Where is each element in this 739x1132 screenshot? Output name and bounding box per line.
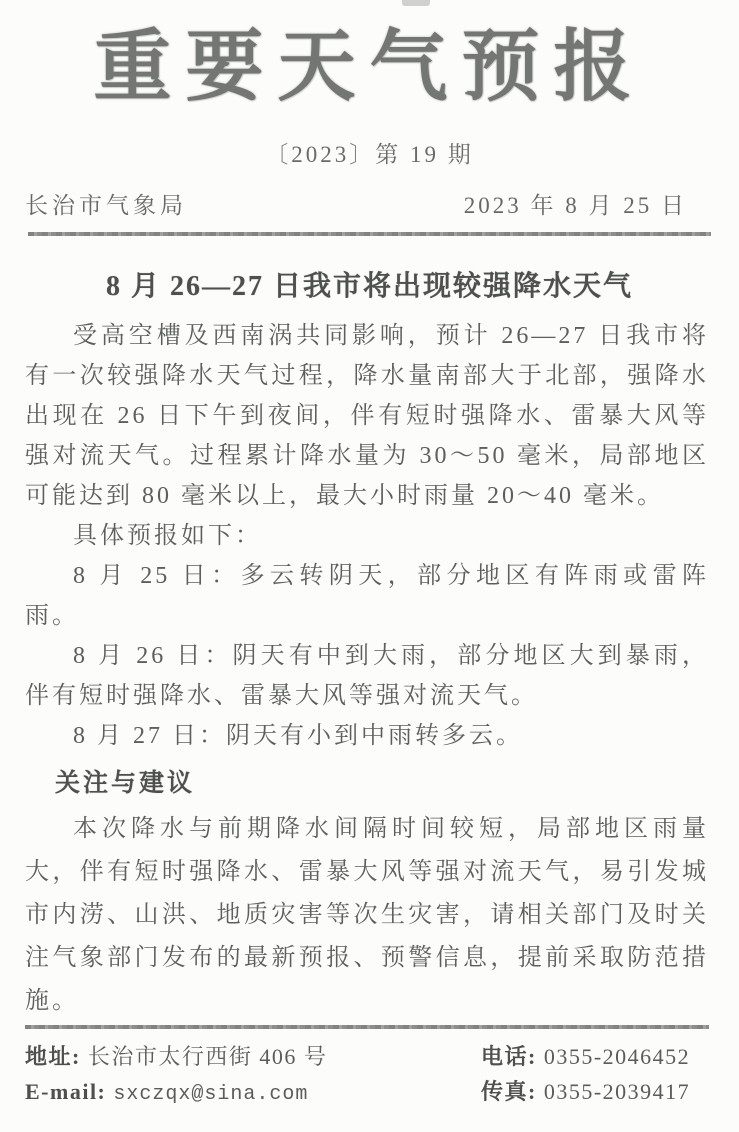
footer-phone: 电话: 0355-2046452 [481,1039,709,1074]
advice-paragraph: 本次降水与前期降水间隔时间较短，局部地区雨量大，伴有短时强降水、雷暴大风等强对流… [25,808,709,1023]
section-title-advice: 关注与建议 [25,764,709,804]
article-headline: 8 月 26—27 日我市将出现较强降水天气 [0,264,739,304]
document-title: 重要天气预报 [0,4,739,116]
issue-date: 2023 年 8 月 25 日 [464,187,687,220]
fax-label: 传真: [481,1079,537,1104]
footer-divider [25,1025,709,1029]
forecast-lead: 具体预报如下： [25,516,709,556]
footer-row-2: E-mail: sxczqx@sina.com 传真: 0355-2039417 [25,1074,709,1112]
footer-fax: 传真: 0355-2039417 [481,1074,709,1112]
address-value: 长治市太行西街 406 号 [88,1044,328,1069]
footer: 地址: 长治市太行西街 406 号 电话: 0355-2046452 E-mai… [25,1025,709,1112]
article-body: 受高空槽及西南涡共同影响，预计 26—27 日我市将有一次较强降水天气过程，降水… [0,304,739,1023]
footer-row-1: 地址: 长治市太行西街 406 号 电话: 0355-2046452 [25,1039,709,1074]
fax-value: 0355-2039417 [544,1079,690,1104]
footer-address: 地址: 长治市太行西街 406 号 [25,1039,327,1074]
intro-paragraph: 受高空槽及西南涡共同影响，预计 26—27 日我市将有一次较强降水天气过程，降水… [25,316,709,516]
forecast-item-aug25: 8 月 25 日：多云转阴天，部分地区有阵雨或雷阵雨。 [25,556,709,636]
meta-row: 长治市气象局 2023 年 8 月 25 日 [0,187,739,220]
issuing-agency: 长治市气象局 [25,187,187,220]
phone-label: 电话: [481,1044,537,1069]
email-label: E-mail: [25,1079,106,1104]
phone-value: 0355-2046452 [544,1044,690,1069]
document-page: 重要天气预报 〔2023〕第 19 期 长治市气象局 2023 年 8 月 25… [0,0,739,1132]
forecast-item-aug27: 8 月 27 日：阴天有小到中雨转多云。 [25,716,709,756]
address-label: 地址: [25,1044,81,1069]
footer-email: E-mail: sxczqx@sina.com [25,1074,308,1112]
header-divider [28,232,711,236]
scan-artifact [402,0,430,6]
forecast-item-aug26: 8 月 26 日：阴天有中到大雨，部分地区大到暴雨，伴有短时强降水、雷暴大风等强… [25,636,709,716]
email-value: sxczqx@sina.com [113,1083,308,1106]
issue-number: 〔2023〕第 19 期 [0,136,739,169]
